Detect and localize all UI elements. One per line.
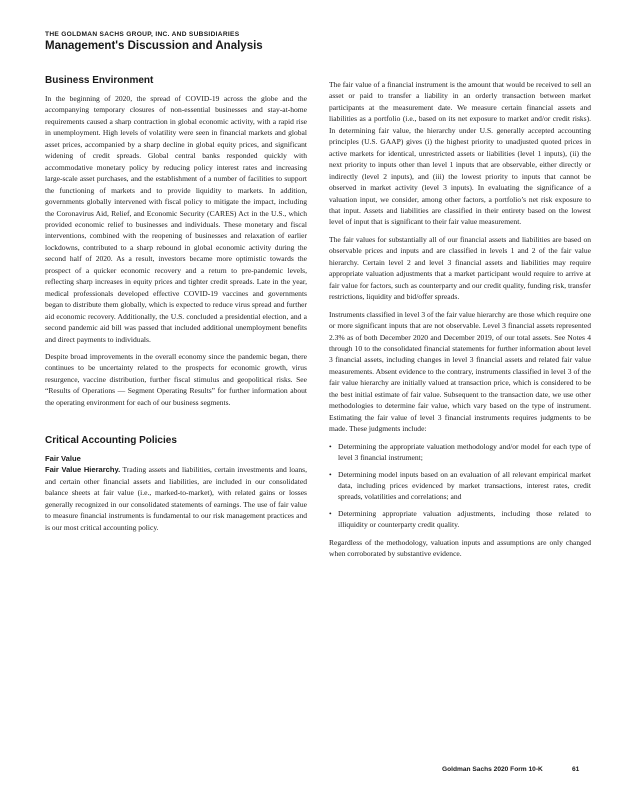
fair-value-hierarchy-paragraph: Fair Value Hierarchy. Trading assets and…: [45, 464, 307, 533]
observable-inputs-paragraph: The fair values for substantially all of…: [329, 234, 591, 303]
bullet-icon: •: [329, 508, 332, 519]
closing-paragraph: Regardless of the methodology, valuation…: [329, 537, 591, 560]
judgment-list-item: •Determining appropriate valuation adjus…: [329, 508, 591, 531]
judgment-list-item: •Determining the appropriate valuation m…: [329, 441, 591, 464]
running-head: THE GOLDMAN SACHS GROUP, INC. AND SUBSID…: [45, 31, 239, 38]
left-column: Business Environment In the beginning of…: [45, 74, 307, 539]
judgment-list-item: •Determining model inputs based on an ev…: [329, 469, 591, 503]
bullet-icon: •: [329, 441, 332, 452]
document-page: THE GOLDMAN SACHS GROUP, INC. AND SUBSID…: [0, 0, 618, 800]
footer-label: Goldman Sachs 2020 Form 10-K: [442, 766, 543, 773]
page-number: 61: [572, 766, 579, 773]
bullet-icon: •: [329, 469, 332, 480]
judgments-list: •Determining the appropriate valuation m…: [329, 441, 591, 531]
critical-accounting-policies-heading: Critical Accounting Policies: [45, 434, 307, 447]
business-environment-paragraph-1: In the beginning of 2020, the spread of …: [45, 93, 307, 345]
business-environment-paragraph-2: Despite broad improvements in the overal…: [45, 351, 307, 408]
business-environment-heading: Business Environment: [45, 74, 307, 87]
level-3-paragraph: Instruments classified in level 3 of the…: [329, 309, 591, 435]
fair-value-hierarchy-lead-in: Fair Value Hierarchy.: [45, 465, 120, 474]
right-column: The fair value of a financial instrument…: [329, 79, 591, 566]
fair-value-definition-paragraph: The fair value of a financial instrument…: [329, 79, 591, 228]
fair-value-hierarchy-text: Trading assets and liabilities, certain …: [45, 465, 307, 531]
fair-value-subheading: Fair Value: [45, 453, 307, 464]
section-spacer: [45, 414, 307, 434]
page-title: Management's Discussion and Analysis: [45, 40, 263, 52]
